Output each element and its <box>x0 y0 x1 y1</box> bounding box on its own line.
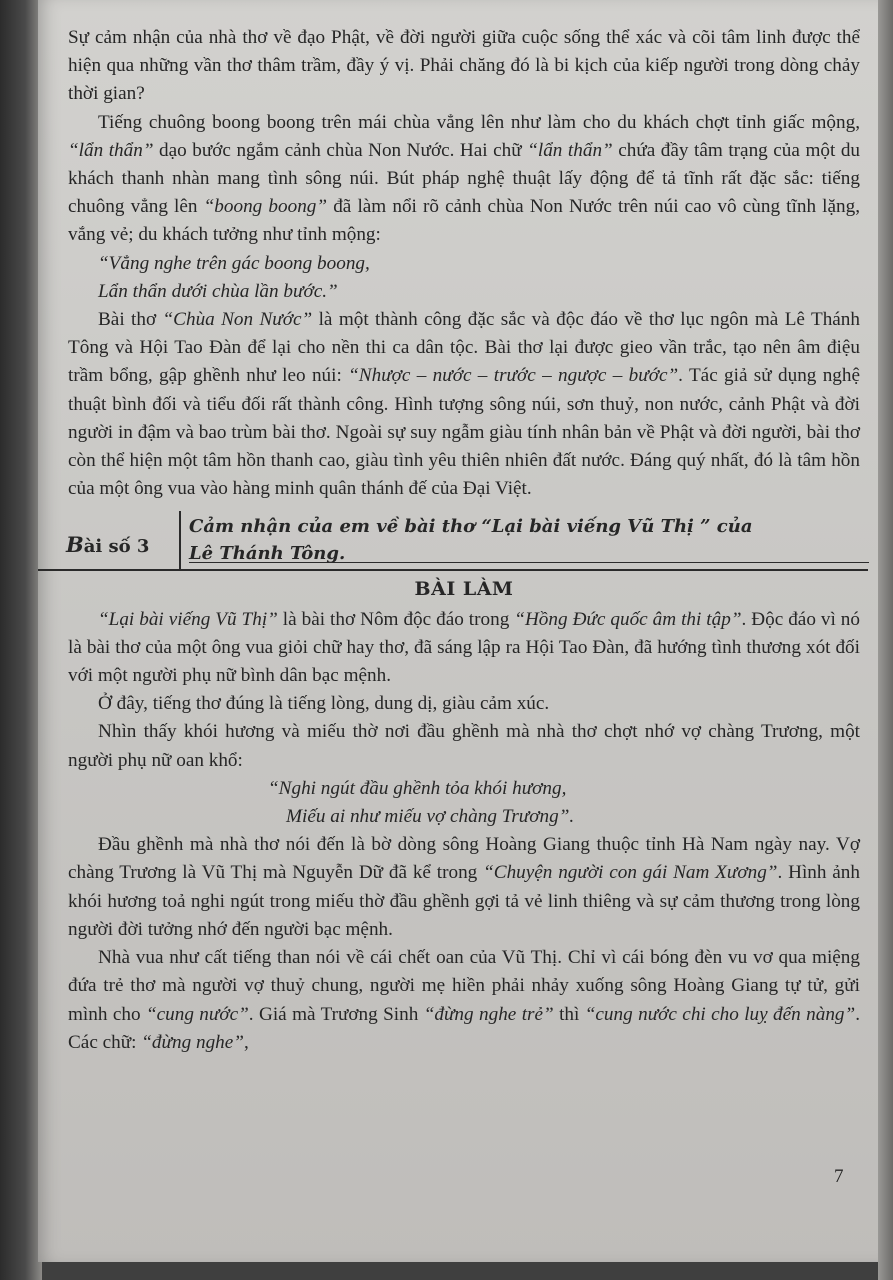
italic-phrase: “cung nước chi cho luỵ đến nàng” <box>585 1004 855 1025</box>
answer-paragraph-shrine: Nhìn thấy khói hương và miếu thờ nơi đầu… <box>68 718 860 774</box>
poem-quote2-line-2: Miếu ai như miếu vợ chàng Trương”. <box>68 803 860 831</box>
text-run: Tiếng chuông boong boong trên mái chùa v… <box>98 112 860 133</box>
italic-phrase: “lẩn thẩn” <box>527 140 613 161</box>
italic-phrase: “đừng nghe trẻ” <box>424 1004 554 1025</box>
italic-phrase: “cung nước” <box>146 1004 249 1025</box>
answer-paragraph-tone: Ở đây, tiếng thơ đúng là tiếng lòng, dun… <box>68 690 860 718</box>
poem-quote-line-2: Lẩn thẩn dưới chùa lần bước.” <box>68 278 860 306</box>
text-run: dạo bước ngắm cảnh chùa Non Nước. Hai ch… <box>154 140 528 161</box>
italic-phrase: “boong boong” <box>204 196 327 217</box>
italic-phrase: “đừng nghe” <box>141 1032 244 1053</box>
book-edge-shadow <box>878 0 893 1280</box>
italic-phrase: “Chuyện người con gái Nam Xương” <box>483 862 777 883</box>
text-run: thì <box>554 1004 585 1025</box>
paragraph-chua-non-nuoc: Bài thơ “Chùa Non Nước” là một thành côn… <box>68 306 860 503</box>
prompt-underline <box>189 562 869 563</box>
exercise-label-rest: ài số 3 <box>84 536 150 557</box>
exercise-label-initial: B <box>66 532 84 557</box>
answer-paragraph-lament: Nhà vua như cất tiếng than nói về cái ch… <box>68 944 860 1057</box>
page-number: 7 <box>834 1166 844 1188</box>
paragraph-buddhism: Sự cảm nhận của nhà thơ về đạo Phật, về … <box>68 24 860 109</box>
text-run: , <box>244 1032 249 1053</box>
italic-phrase: “Hồng Đức quốc âm thi tập” <box>514 609 741 630</box>
answer-paragraph-hoang-giang: Đầu ghềnh mà nhà thơ nói đến là bờ dòng … <box>68 831 860 944</box>
text-run: Bài thơ <box>98 309 163 330</box>
exercise-number: Bài số 3 <box>66 531 149 561</box>
exercise-prompt-line-1: Cảm nhận của em về bài thơ “Lại bài viến… <box>189 513 869 540</box>
text-run: . Giá mà Trương Sinh <box>249 1004 424 1025</box>
answer-heading: BÀI LÀM <box>68 575 860 603</box>
page-content: Sự cảm nhận của nhà thơ về đạo Phật, về … <box>68 24 860 1057</box>
answer-paragraph-intro: “Lại bài viếng Vũ Thị” là bài thơ Nôm độ… <box>68 606 860 691</box>
italic-phrase: “Chùa Non Nước” <box>163 309 313 330</box>
italic-phrase: “lẩn thẩn” <box>68 140 154 161</box>
poem-quote-line-1: “Vẳng nghe trên gác boong boong, <box>68 250 860 278</box>
header-divider <box>179 511 181 569</box>
book-page: Sự cảm nhận của nhà thơ về đạo Phật, về … <box>38 0 878 1262</box>
italic-phrase: “Nhược – nước – trước – ngược – bước” <box>348 365 678 386</box>
exercise-header: Bài số 3 Cảm nhận của em về bài thơ “Lại… <box>38 511 868 571</box>
italic-phrase: “Lại bài viếng Vũ Thị” <box>98 609 278 630</box>
text-run: là bài thơ Nôm độc đáo trong <box>278 609 514 630</box>
book-spine-shadow <box>0 0 42 1280</box>
exercise-prompt: Cảm nhận của em về bài thơ “Lại bài viến… <box>189 513 869 567</box>
poem-quote2-line-1: “Nghi ngút đầu ghềnh tỏa khói hương, <box>68 775 860 803</box>
paragraph-bell: Tiếng chuông boong boong trên mái chùa v… <box>68 109 860 250</box>
